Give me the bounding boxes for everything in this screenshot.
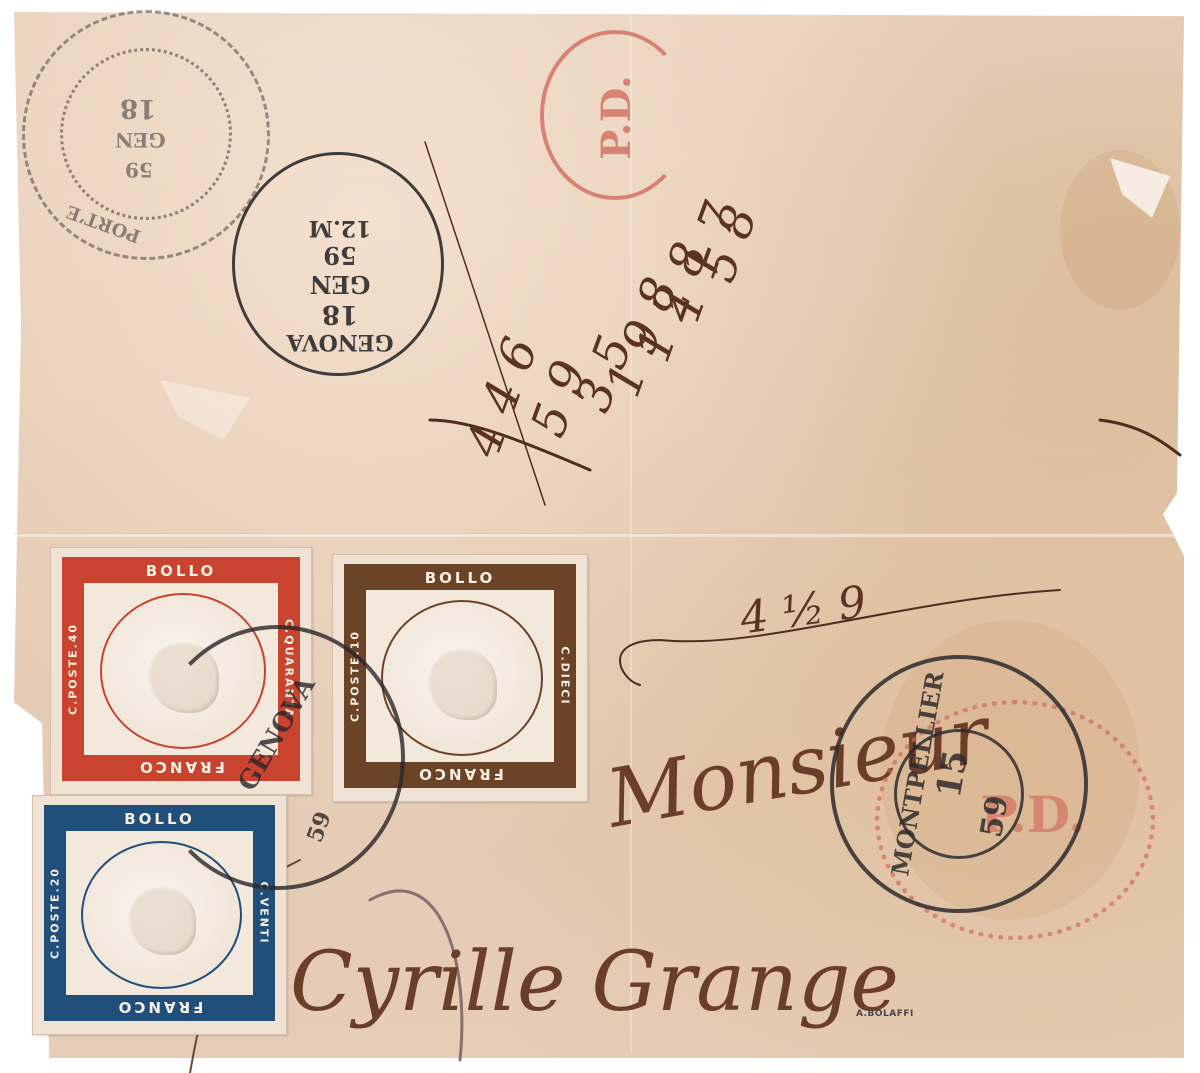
stamp-right-text: C.DIECI: [559, 576, 572, 776]
expert-mark: A.BOLAFFI: [856, 1009, 914, 1019]
postmark-montpellier-day: 15: [929, 747, 977, 801]
stamp-bottom-text: FRANCO: [44, 998, 275, 1016]
embossed-head: [427, 648, 496, 721]
embossed-head: [127, 886, 196, 955]
postmark-montpellier: MONTPELLIER 15 59: [830, 655, 1088, 913]
stamp-top-text: BOLLO: [62, 562, 300, 580]
cancel-year: 59: [302, 808, 337, 846]
stamp-left-text: C.POSTE.20: [49, 813, 62, 1013]
stamp-left-text: C.POSTE.40: [67, 569, 80, 769]
cancel-over-stamps: GENOVA 59: [150, 625, 405, 890]
cancel-city: GENOVA: [233, 672, 322, 796]
stamp-top-text: BOLLO: [344, 569, 576, 587]
postmark-montpellier-year: 59: [974, 793, 1016, 840]
address-line-2: Cyrille Grange: [290, 935, 899, 1030]
